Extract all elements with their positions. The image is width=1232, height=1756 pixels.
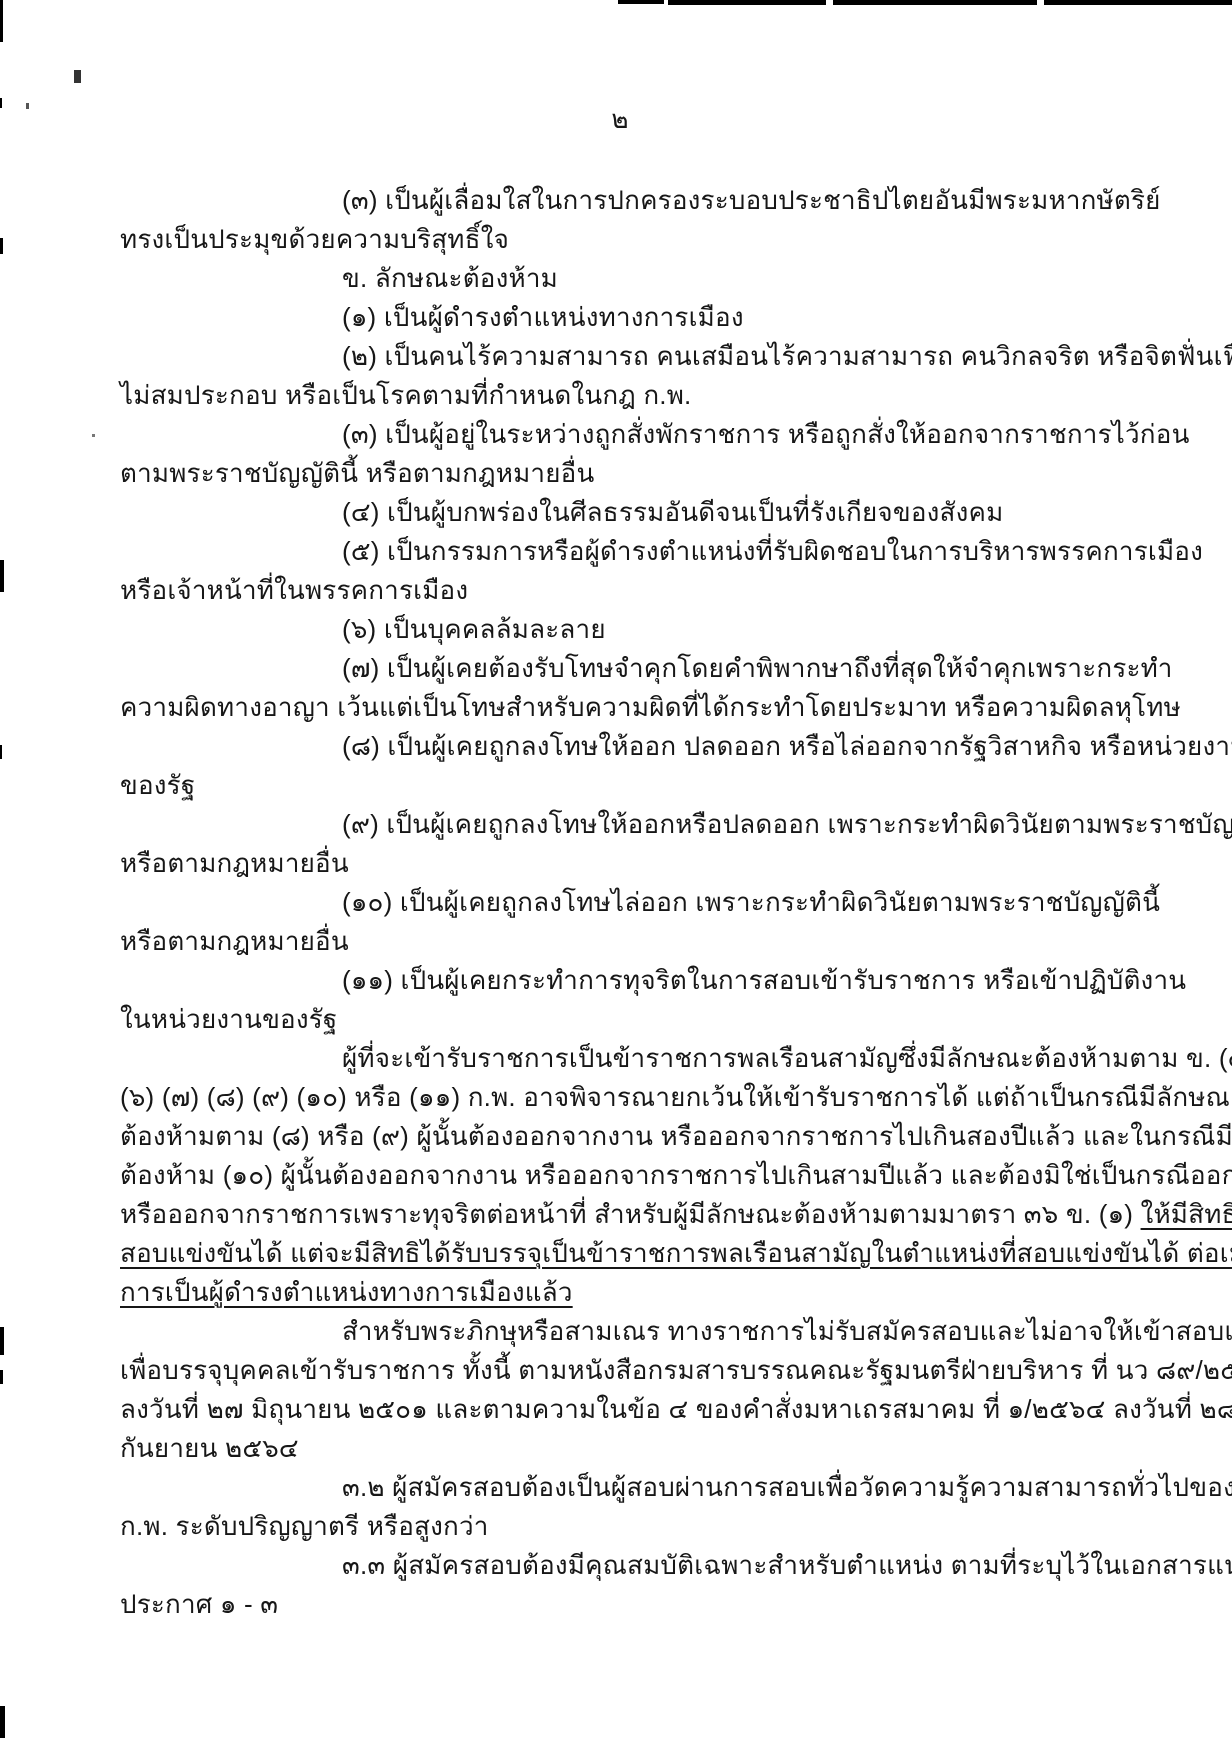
text-segment: ๓.๒ ผู้สมัครสอบต้องเป็นผู้สอบผ่านการสอบเ… [342, 1472, 1232, 1502]
underlined-text-segment: การเป็นผู้ดำรงตำแหน่งทางการเมืองแล้ว [120, 1277, 573, 1307]
scan-artifact [0, 238, 3, 254]
scan-artifact [668, 0, 826, 5]
text-segment: กันยายน ๒๕๖๔ [120, 1433, 299, 1463]
text-segment: (๔) เป็นผู้บกพร่องในศีลธรรมอันดีจนเป็นที… [342, 497, 1003, 527]
text-line: สำหรับพระภิกษุหรือสามเณร ทางราชการไม่รับ… [120, 1312, 1120, 1351]
text-segment: (๑) เป็นผู้ดำรงตำแหน่งทางการเมือง [342, 302, 744, 332]
text-segment: ตามพระราชบัญญัตินี้ หรือตามกฎหมายอื่น [120, 458, 594, 488]
text-line: การเป็นผู้ดำรงตำแหน่งทางการเมืองแล้ว [120, 1273, 1120, 1312]
text-segment: ผู้ที่จะเข้ารับราชการเป็นข้าราชการพลเรือ… [342, 1043, 1232, 1073]
text-line: ลงวันที่ ๒๗ มิถุนายน ๒๕๐๑ และตามความในข้… [120, 1390, 1120, 1429]
scanned-document-page: ๒ (๓) เป็นผู้เลื่อมใสในการปกครองระบอบประ… [0, 0, 1232, 1756]
text-line: (๖) (๗) (๘) (๙) (๑๐) หรือ (๑๑) ก.พ. อาจพ… [120, 1078, 1120, 1117]
text-segment: (๖) (๗) (๘) (๙) (๑๐) หรือ (๑๑) ก.พ. อาจพ… [120, 1082, 1232, 1112]
scan-artifact [0, 1706, 5, 1738]
text-segment: ทรงเป็นประมุขด้วยความบริสุทธิ์ใจ [120, 224, 509, 254]
document-body: (๓) เป็นผู้เลื่อมใสในการปกครองระบอบประชา… [120, 181, 1120, 1624]
text-line: เพื่อบรรจุบุคคลเข้ารับราชการ ทั้งนี้ ตาม… [120, 1351, 1120, 1390]
text-segment: ก.พ. ระดับปริญญาตรี หรือสูงกว่า [120, 1511, 489, 1541]
text-segment: ต้องห้าม (๑๐) ผู้นั้นต้องออกจากงาน หรืออ… [120, 1160, 1232, 1190]
text-segment: (๒) เป็นคนไร้ความสามารถ คนเสมือนไร้ความส… [342, 341, 1232, 371]
text-line: ของรัฐ [120, 766, 1120, 805]
text-line: หรือตามกฎหมายอื่น [120, 922, 1120, 961]
text-line: (๘) เป็นผู้เคยถูกลงโทษให้ออก ปลดออก หรือ… [120, 727, 1120, 766]
text-line: กันยายน ๒๕๖๔ [120, 1429, 1120, 1468]
text-segment: (๑๑) เป็นผู้เคยกระทำการทุจริตในการสอบเข้… [342, 965, 1186, 995]
text-line: ในหน่วยงานของรัฐ [120, 1000, 1120, 1039]
text-line: ตามพระราชบัญญัตินี้ หรือตามกฎหมายอื่น [120, 454, 1120, 493]
text-segment: ต้องห้ามตาม (๘) หรือ (๙) ผู้นั้นต้องออกจ… [120, 1121, 1232, 1151]
text-line: หรือออกจากราชการเพราะทุจริตต่อหน้าที่ สำ… [120, 1195, 1120, 1234]
text-segment: ในหน่วยงานของรัฐ [120, 1004, 337, 1034]
text-line: (๔) เป็นผู้บกพร่องในศีลธรรมอันดีจนเป็นที… [120, 493, 1120, 532]
text-segment: ไม่สมประกอบ หรือเป็นโรคตามที่กำหนดในกฎ ก… [120, 380, 691, 410]
scan-artifact [0, 1327, 4, 1355]
text-line: (๑) เป็นผู้ดำรงตำแหน่งทางการเมือง [120, 298, 1120, 337]
text-segment: หรือตามกฎหมายอื่น [120, 848, 349, 878]
text-line: (๙) เป็นผู้เคยถูกลงโทษให้ออกหรือปลดออก เ… [120, 805, 1120, 844]
text-segment: ความผิดทางอาญา เว้นแต่เป็นโทษสำหรับความผ… [120, 692, 1181, 722]
text-segment: (๑๐) เป็นผู้เคยถูกลงโทษไล่ออก เพราะกระทำ… [342, 887, 1160, 917]
text-line: (๑๐) เป็นผู้เคยถูกลงโทษไล่ออก เพราะกระทำ… [120, 883, 1120, 922]
page-number: ๒ [120, 100, 1120, 139]
text-line: (๖) เป็นบุคคลล้มละลาย [120, 610, 1120, 649]
text-line: (๓) เป็นผู้อยู่ในระหว่างถูกสั่งพักราชการ… [120, 415, 1120, 454]
text-segment: ประกาศ ๑ - ๓ [120, 1589, 278, 1619]
scan-artifact [0, 745, 2, 759]
text-segment: ของรัฐ [120, 770, 195, 800]
text-segment: (๖) เป็นบุคคลล้มละลาย [342, 614, 606, 644]
text-line: (๓) เป็นผู้เลื่อมใสในการปกครองระบอบประชา… [120, 181, 1120, 220]
text-segment: (๓) เป็นผู้อยู่ในระหว่างถูกสั่งพักราชการ… [342, 419, 1190, 449]
text-segment: (๙) เป็นผู้เคยถูกลงโทษให้ออกหรือปลดออก เ… [342, 809, 1232, 839]
underlined-text-segment: ให้มีสิทธิสมัคร [1141, 1199, 1232, 1229]
scan-artifact [74, 70, 81, 83]
text-line: ข. ลักษณะต้องห้าม [120, 259, 1120, 298]
text-line: ทรงเป็นประมุขด้วยความบริสุทธิ์ใจ [120, 220, 1120, 259]
text-segment: (๗) เป็นผู้เคยต้องรับโทษจำคุกโดยคำพิพากษ… [342, 653, 1173, 683]
text-line: (๕) เป็นกรรมการหรือผู้ดำรงตำแหน่งที่รับผ… [120, 532, 1120, 571]
text-segment: (๘) เป็นผู้เคยถูกลงโทษให้ออก ปลดออก หรือ… [342, 731, 1232, 761]
scan-artifact [0, 1370, 3, 1384]
text-line: (๒) เป็นคนไร้ความสามารถ คนเสมือนไร้ความส… [120, 337, 1120, 376]
text-line: ๓.๓ ผู้สมัครสอบต้องมีคุณสมบัติเฉพาะสำหรั… [120, 1546, 1120, 1585]
underlined-text-segment: สอบแข่งขันได้ แต่จะมีสิทธิได้รับบรรจุเป็… [120, 1238, 1232, 1268]
text-segment: หรือตามกฎหมายอื่น [120, 926, 349, 956]
text-line: ความผิดทางอาญา เว้นแต่เป็นโทษสำหรับความผ… [120, 688, 1120, 727]
scan-artifact [833, 0, 1037, 5]
scan-artifact [0, 0, 3, 42]
text-line: ๓.๒ ผู้สมัครสอบต้องเป็นผู้สอบผ่านการสอบเ… [120, 1468, 1120, 1507]
text-line: ก.พ. ระดับปริญญาตรี หรือสูงกว่า [120, 1507, 1120, 1546]
text-line: หรือเจ้าหน้าที่ในพรรคการเมือง [120, 571, 1120, 610]
text-line: ต้องห้าม (๑๐) ผู้นั้นต้องออกจากงาน หรืออ… [120, 1156, 1120, 1195]
text-line: หรือตามกฎหมายอื่น [120, 844, 1120, 883]
text-segment: (๕) เป็นกรรมการหรือผู้ดำรงตำแหน่งที่รับผ… [342, 536, 1203, 566]
scan-artifact [0, 560, 4, 592]
text-line: ประกาศ ๑ - ๓ [120, 1585, 1120, 1624]
document-content: ๒ (๓) เป็นผู้เลื่อมใสในการปกครองระบอบประ… [120, 100, 1120, 1624]
text-segment: หรือเจ้าหน้าที่ในพรรคการเมือง [120, 575, 468, 605]
scan-artifact [26, 103, 29, 109]
text-line: ผู้ที่จะเข้ารับราชการเป็นข้าราชการพลเรือ… [120, 1039, 1120, 1078]
text-segment: (๓) เป็นผู้เลื่อมใสในการปกครองระบอบประชา… [342, 185, 1161, 215]
scan-artifact [92, 434, 95, 437]
text-segment: ๓.๓ ผู้สมัครสอบต้องมีคุณสมบัติเฉพาะสำหรั… [342, 1550, 1232, 1580]
text-line: (๗) เป็นผู้เคยต้องรับโทษจำคุกโดยคำพิพากษ… [120, 649, 1120, 688]
text-segment: ลงวันที่ ๒๗ มิถุนายน ๒๕๐๑ และตามความในข้… [120, 1394, 1232, 1424]
text-segment: ข. ลักษณะต้องห้าม [342, 263, 558, 293]
text-segment: เพื่อบรรจุบุคคลเข้ารับราชการ ทั้งนี้ ตาม… [120, 1355, 1232, 1385]
text-line: สอบแข่งขันได้ แต่จะมีสิทธิได้รับบรรจุเป็… [120, 1234, 1120, 1273]
scan-artifact [0, 98, 2, 108]
text-segment: หรือออกจากราชการเพราะทุจริตต่อหน้าที่ สำ… [120, 1199, 1141, 1229]
text-segment: สำหรับพระภิกษุหรือสามเณร ทางราชการไม่รับ… [342, 1316, 1232, 1346]
scan-artifact [618, 0, 664, 4]
text-line: ไม่สมประกอบ หรือเป็นโรคตามที่กำหนดในกฎ ก… [120, 376, 1120, 415]
text-line: (๑๑) เป็นผู้เคยกระทำการทุจริตในการสอบเข้… [120, 961, 1120, 1000]
scan-artifact [1044, 0, 1232, 5]
text-line: ต้องห้ามตาม (๘) หรือ (๙) ผู้นั้นต้องออกจ… [120, 1117, 1120, 1156]
